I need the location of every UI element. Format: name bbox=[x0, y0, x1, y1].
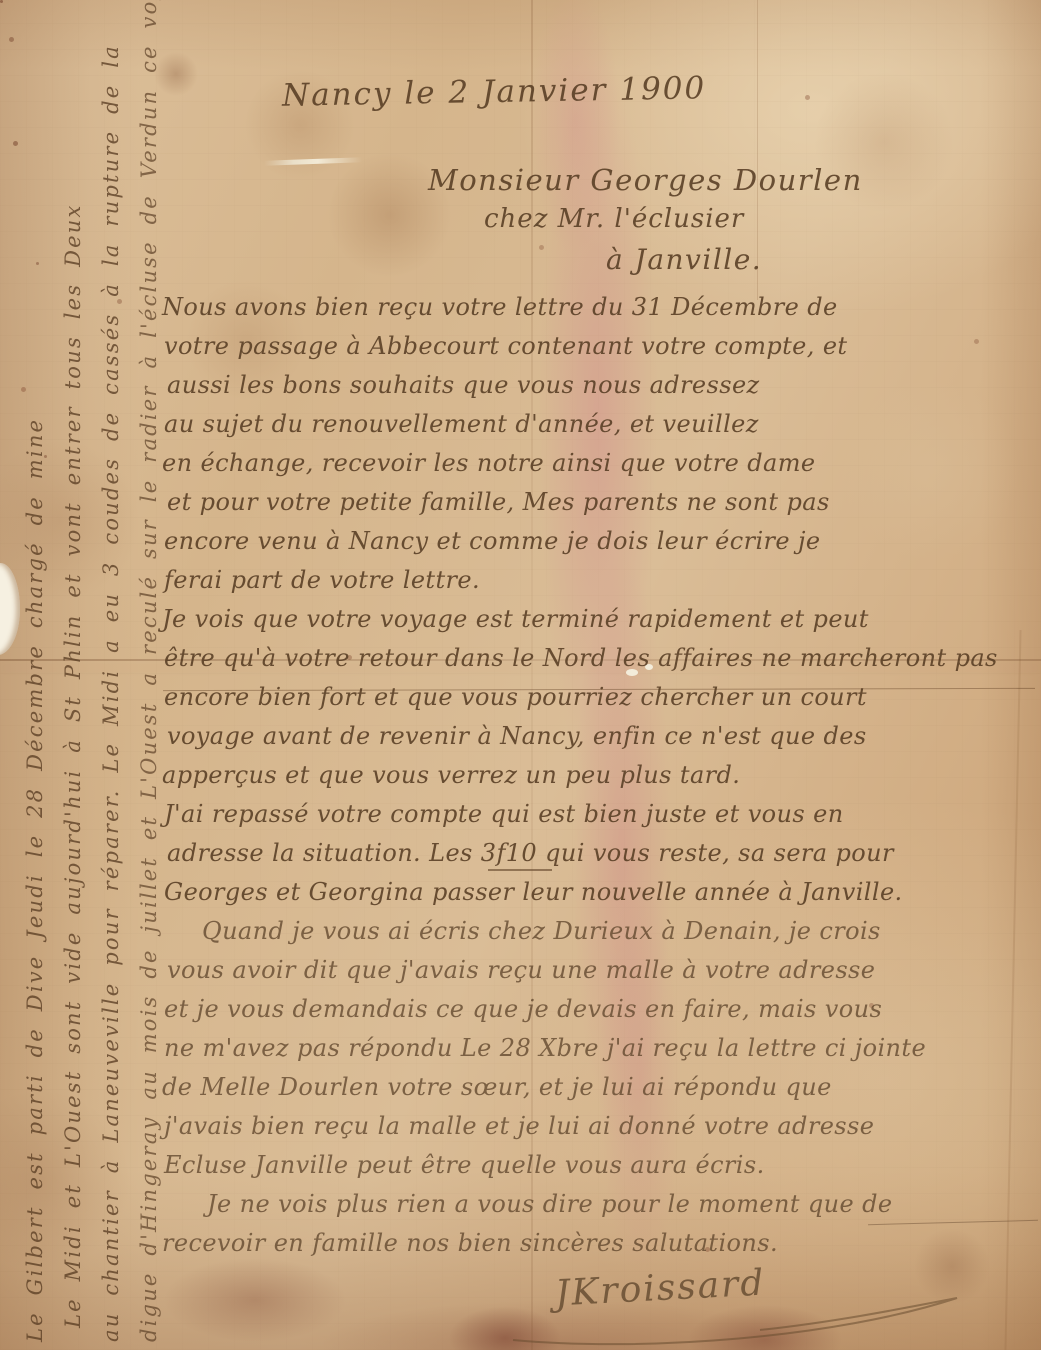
letter-line: ne m'avez pas répondu Le 28 Xbre j'ai re… bbox=[164, 1029, 1041, 1068]
letter-line: encore bien fort et que vous pourriez ch… bbox=[164, 678, 1041, 717]
letter-line: Je vois que votre voyage est terminé rap… bbox=[162, 600, 1040, 639]
paper-scratch bbox=[264, 157, 362, 165]
paper-specks bbox=[0, 0, 3, 3]
letter-line: et je vous demandais ce que je devais en… bbox=[164, 990, 1041, 1029]
letter-line: aussi les bons souhaits que vous nous ad… bbox=[167, 366, 1041, 405]
letter-line: vous avoir dit que j'avais reçu une mall… bbox=[167, 951, 1041, 990]
dateline: Nancy le 2 Janvier 1900 bbox=[282, 70, 707, 113]
letter-line: j'avais bien reçu la malle et je lui ai … bbox=[164, 1107, 1041, 1146]
letter-line: Je ne vois plus rien a vous dire pour le… bbox=[167, 1185, 1041, 1224]
recipient-place: à Janville. bbox=[606, 243, 762, 276]
letter-body: Nous avons bien reçu votre lettre du 31 … bbox=[164, 288, 1041, 1263]
letter-line: en échange, recevoir les notre ainsi que… bbox=[162, 444, 1040, 483]
recipient-name: Monsieur Georges Dourlen bbox=[428, 163, 863, 197]
letter-line: apperçus et que vous verrez un peu plus … bbox=[162, 756, 1040, 795]
margin-note-line: au chantier à Laneuveville pour réparer.… bbox=[92, 12, 130, 1342]
recipient-care-of: chez Mr. l'éclusier bbox=[484, 204, 744, 234]
letter-line: encore venu à Nancy et comme je dois leu… bbox=[164, 522, 1041, 561]
letter-line: être qu'à votre retour dans le Nord les … bbox=[164, 639, 1041, 678]
letter-line: adresse la situation. Les 3f10 qui vous … bbox=[167, 834, 1041, 873]
letter-line: recevoir en famille nos bien sincères sa… bbox=[162, 1224, 1040, 1263]
letter-line: Nous avons bien reçu votre lettre du 31 … bbox=[162, 288, 1040, 327]
letter-line: J'ai repassé votre compte qui est bien j… bbox=[164, 795, 1041, 834]
letter-line: ferai part de votre lettre. bbox=[164, 561, 1041, 600]
margin-note-line: Le Gilbert est parti de Dive Jeudi le 28… bbox=[16, 12, 54, 1342]
margin-notes: Le Gilbert est parti de Dive Jeudi le 28… bbox=[16, 12, 168, 1342]
letter-line: Georges et Georgina passer leur nouvelle… bbox=[164, 873, 1041, 912]
letter-line: et pour votre petite famille, Mes parent… bbox=[167, 483, 1041, 522]
margin-note-line: digue d'Hingeray au mois de juillet et L… bbox=[130, 12, 168, 1342]
letter-line: voyage avant de revenir à Nancy, enfin c… bbox=[167, 717, 1041, 756]
signature: JKroissard bbox=[554, 1263, 766, 1315]
letter-line: de Melle Dourlen votre sœur, et je lui a… bbox=[162, 1068, 1040, 1107]
letter-line: Quand je vous ai écris chez Durieux à De… bbox=[162, 912, 1040, 951]
letter-page: Nancy le 2 Janvier 1900 Monsieur Georges… bbox=[0, 0, 1041, 1350]
margin-note-line: Le Midi et L'Ouest sont vide aujourd'hui… bbox=[54, 0, 92, 1328]
letter-line: Ecluse Janville peut être quelle vous au… bbox=[164, 1146, 1041, 1185]
letter-line: au sujet du renouvellement d'année, et v… bbox=[164, 405, 1041, 444]
letter-line: votre passage à Abbecourt contenant votr… bbox=[164, 327, 1041, 366]
